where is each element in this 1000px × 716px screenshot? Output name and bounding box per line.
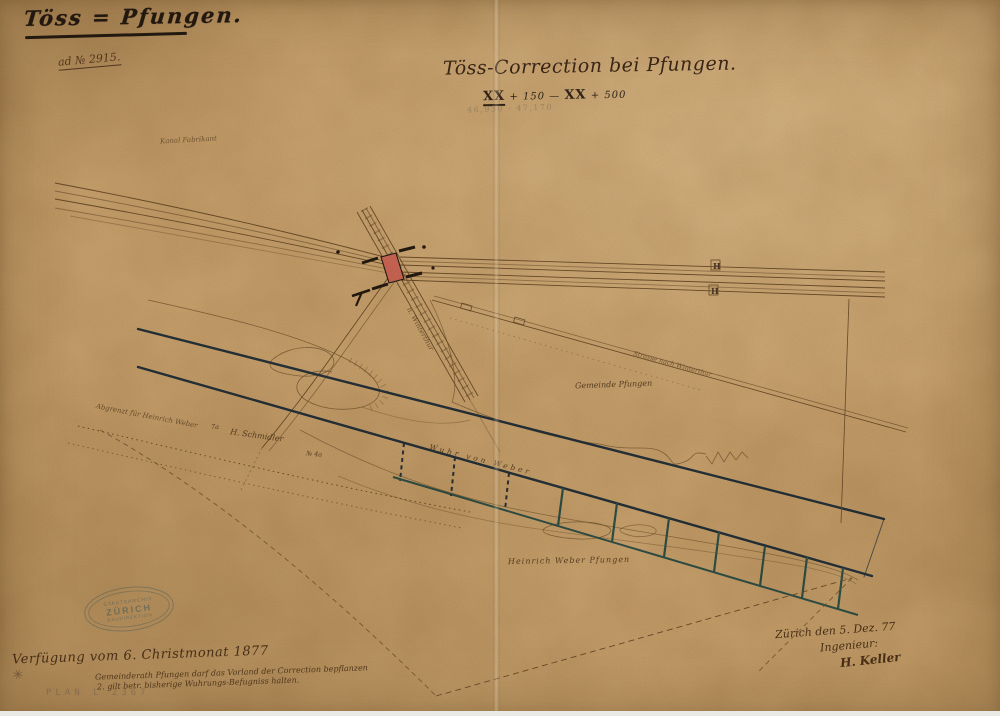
h-marker-1: H bbox=[713, 261, 721, 271]
branch-road bbox=[240, 278, 395, 492]
station-to: XX bbox=[564, 87, 586, 102]
label-parcel-4a: № 4a bbox=[306, 449, 323, 458]
archive-title: Töss = Pfungen. bbox=[23, 2, 244, 31]
railway-lines bbox=[400, 257, 885, 297]
upper-channel-lines bbox=[55, 183, 394, 274]
station-to-offset: + 500 bbox=[591, 90, 627, 102]
bridge-structure bbox=[336, 245, 434, 306]
h-marker-2: H bbox=[711, 286, 719, 296]
correction-lines bbox=[138, 329, 884, 577]
label-parcel-7a: 7a bbox=[211, 423, 219, 431]
plan-number: PLAN L 2367 bbox=[46, 688, 150, 698]
fold-crease bbox=[493, 0, 500, 716]
station-from-offset: + 150 bbox=[509, 91, 545, 103]
scan-edge bbox=[0, 711, 1000, 716]
station-dash: — bbox=[549, 91, 560, 102]
station-range: XX + 150 — XX + 500 bbox=[483, 87, 627, 105]
